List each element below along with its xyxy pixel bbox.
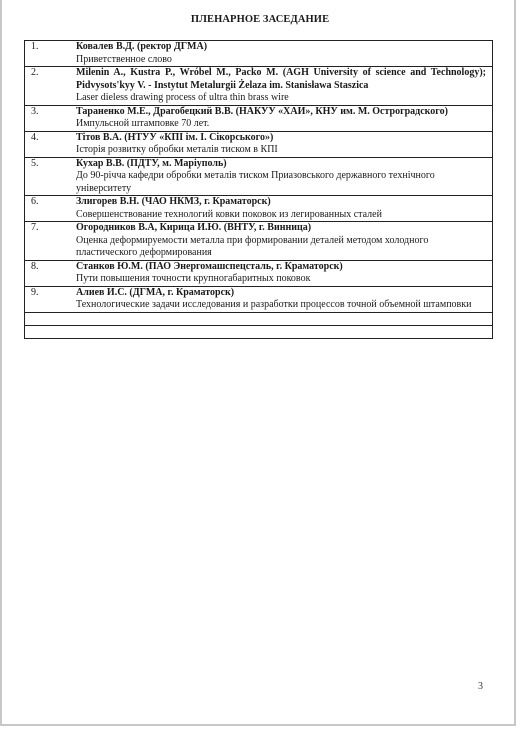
agenda-topic: До 90-річча кафедри обробки металів тиск…	[76, 170, 486, 195]
page-number: 3	[478, 681, 483, 692]
agenda-row: 6. Злигорев В.Н. (ЧАО НКМЗ, г. Краматорс…	[25, 196, 493, 222]
agenda-content: Тітов В.А. (НТУУ «КПІ ім. І. Сікорського…	[76, 131, 493, 157]
agenda-number: 6.	[25, 196, 77, 222]
agenda-speaker: Кухар В.В. (ПДТУ, м. Маріуполь)	[76, 158, 486, 171]
agenda-topic: Технологические задачи исследования и ра…	[76, 299, 486, 312]
agenda-speaker: Злигорев В.Н. (ЧАО НКМЗ, г. Краматорск)	[76, 196, 486, 209]
agenda-number: 1.	[25, 41, 77, 67]
agenda-number: 5.	[25, 157, 77, 196]
agenda-row: 4. Тітов В.А. (НТУУ «КПІ ім. І. Сікорськ…	[25, 131, 493, 157]
agenda-number: 8.	[25, 260, 77, 286]
agenda-number: 2.	[25, 67, 77, 106]
agenda-speaker: Тараненко М.Е., Драгобецкий В.В. (НАКУУ …	[76, 106, 486, 119]
agenda-topic: Приветственное слово	[76, 54, 486, 67]
empty-row	[25, 312, 493, 325]
agenda-topic: Совершенствование технологий ковки поков…	[76, 209, 486, 222]
agenda-speaker: Алиев И.С. (ДГМА, г. Краматорск)	[76, 287, 486, 300]
agenda-speaker: Milenin A., Kustra P., Wróbel M., Packo …	[76, 67, 486, 92]
agenda-number: 3.	[25, 105, 77, 131]
agenda-body: 1. Ковалев В.Д. (ректор ДГМА) Приветстве…	[25, 41, 493, 339]
agenda-topic: Оценка деформируемости металла при форми…	[76, 235, 486, 260]
page-title: ПЛЕНАРНОЕ ЗАСЕДАНИЕ	[2, 14, 518, 25]
empty-cell	[25, 325, 493, 338]
agenda-content: Тараненко М.Е., Драгобецкий В.В. (НАКУУ …	[76, 105, 493, 131]
agenda-content: Кухар В.В. (ПДТУ, м. Маріуполь) До 90-рі…	[76, 157, 493, 196]
agenda-content: Ковалев В.Д. (ректор ДГМА) Приветственно…	[76, 41, 493, 67]
empty-row	[25, 325, 493, 338]
agenda-number: 9.	[25, 286, 77, 312]
agenda-content: Алиев И.С. (ДГМА, г. Краматорск) Техноло…	[76, 286, 493, 312]
agenda-content: Milenin A., Kustra P., Wróbel M., Packo …	[76, 67, 493, 106]
agenda-row: 7. Огородников В.А, Кирица И.Ю. (ВНТУ, г…	[25, 222, 493, 261]
agenda-topic: Історія розвитку обробки металів тиском …	[76, 144, 486, 157]
agenda-content: Злигорев В.Н. (ЧАО НКМЗ, г. Краматорск) …	[76, 196, 493, 222]
agenda-number: 7.	[25, 222, 77, 261]
agenda-speaker: Тітов В.А. (НТУУ «КПІ ім. І. Сікорського…	[76, 132, 486, 145]
agenda-topic: Laser dieless drawing process of ultra t…	[76, 92, 486, 105]
agenda-topic: Пути повышения точности крупногабаритных…	[76, 273, 486, 286]
agenda-row: 2. Milenin A., Kustra P., Wróbel M., Pac…	[25, 67, 493, 106]
agenda-speaker: Ковалев В.Д. (ректор ДГМА)	[76, 41, 486, 54]
agenda-row: 9. Алиев И.С. (ДГМА, г. Краматорск) Техн…	[25, 286, 493, 312]
agenda-speaker: Огородников В.А, Кирица И.Ю. (ВНТУ, г. В…	[76, 222, 486, 235]
empty-cell	[25, 312, 493, 325]
agenda-topic: Импульсной штамповке 70 лет.	[76, 118, 486, 131]
agenda-row: 8. Станков Ю.М. (ПАО Энергомашспецсталь,…	[25, 260, 493, 286]
agenda-row: 1. Ковалев В.Д. (ректор ДГМА) Приветстве…	[25, 41, 493, 67]
agenda-content: Станков Ю.М. (ПАО Энергомашспецсталь, г.…	[76, 260, 493, 286]
agenda-table: 1. Ковалев В.Д. (ректор ДГМА) Приветстве…	[24, 40, 493, 339]
agenda-row: 5. Кухар В.В. (ПДТУ, м. Маріуполь) До 90…	[25, 157, 493, 196]
agenda-content: Огородников В.А, Кирица И.Ю. (ВНТУ, г. В…	[76, 222, 493, 261]
agenda-row: 3. Тараненко М.Е., Драгобецкий В.В. (НАК…	[25, 105, 493, 131]
document-page: ПЛЕНАРНОЕ ЗАСЕДАНИЕ 1. Ковалев В.Д. (рек…	[0, 0, 516, 726]
agenda-number: 4.	[25, 131, 77, 157]
agenda-speaker: Станков Ю.М. (ПАО Энергомашспецсталь, г.…	[76, 261, 486, 274]
